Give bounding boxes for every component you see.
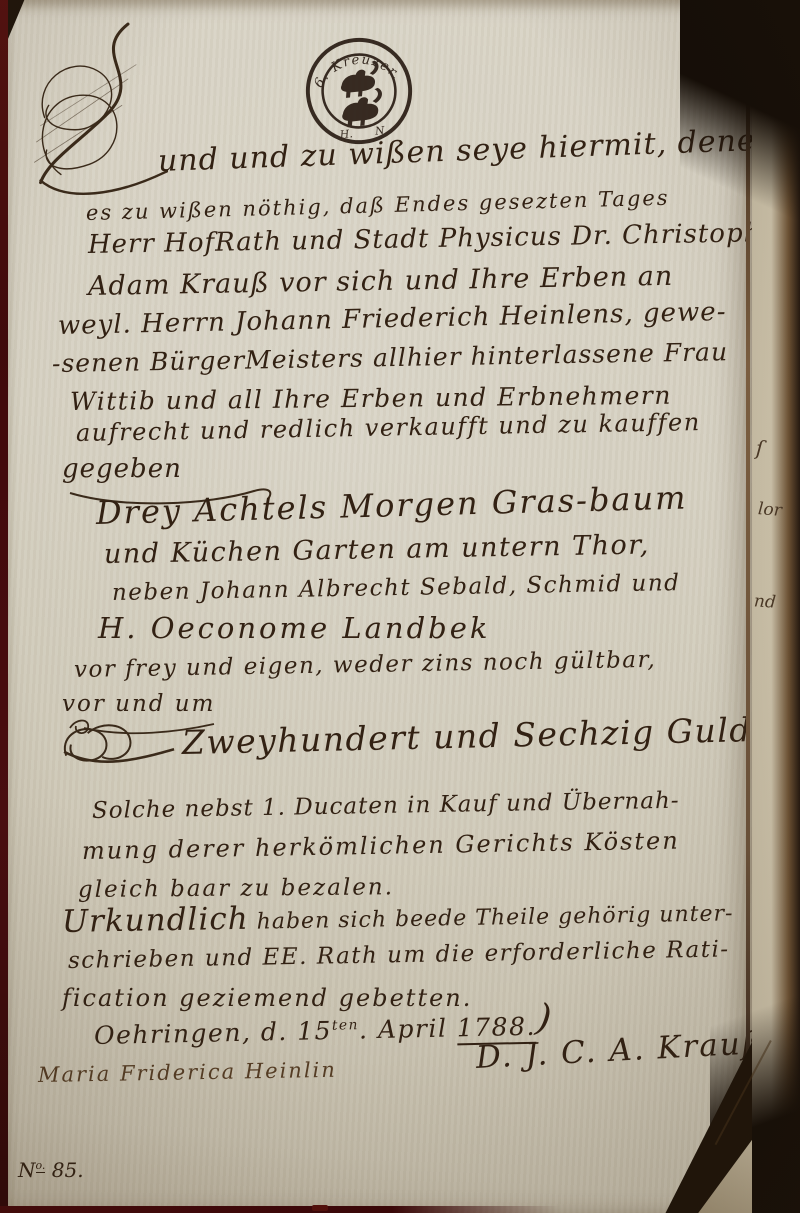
- folio-number: No. 85.: [18, 1160, 84, 1181]
- dateline-place: Oehringen, d. 15: [94, 1016, 333, 1050]
- property-line: neben Johann Albrecht Sebald, Schmid und: [112, 571, 681, 605]
- folio-prefix: N: [18, 1158, 36, 1182]
- price-text: Zweyhundert und Sechzig Gulden: [181, 709, 796, 762]
- closing-line-text: haben sich beede Theile gehörig unter-: [256, 901, 733, 934]
- ornamental-initial-flourish: [30, 20, 168, 208]
- body-line: Herr HofRath und Stadt Physicus Dr. Chri…: [88, 220, 762, 259]
- property-line: und Küchen Garten am untern Thor,: [104, 531, 650, 569]
- adjacent-page-text-fragment: lor: [757, 499, 782, 521]
- left-binding-strip: [0, 0, 8, 1213]
- body-line-text: gegeben: [62, 454, 182, 484]
- payment-line: gleich baar zu bezalen.: [78, 875, 394, 902]
- tenure-line-text: vor und um: [62, 691, 215, 717]
- bottom-binding-line: [0, 1206, 560, 1213]
- folio-rest: 85.: [45, 1158, 83, 1182]
- manuscript-page: 6. Kreuzer. H. N. und u: [8, 0, 752, 1213]
- folio-sup: o.: [36, 1159, 46, 1173]
- tenure-line: vor frey und eigen, weder zins noch gült…: [74, 648, 657, 682]
- adjacent-page-text-fragment: nd: [753, 591, 776, 612]
- dateline-ordinal: ten: [332, 1017, 359, 1034]
- payment-line: mung derer herkömlichen Gerichts Kösten: [82, 829, 680, 865]
- body-line: -senen BürgerMeisters allhier hinterlass…: [52, 339, 729, 377]
- body-line: aufrecht und redlich verkaufft und zu ka…: [76, 410, 701, 446]
- body-line: es zu wißen nöthig, daß Endes gesezten T…: [86, 187, 670, 224]
- payment-line: Solche nebst 1. Ducaten in Kauf und Über…: [92, 789, 680, 823]
- body-line: weyl. Herrn Johann Friederich Heinlens, …: [58, 299, 727, 340]
- price-flourish: [57, 719, 176, 774]
- dateline-month: . April: [359, 1013, 457, 1044]
- dateline-flourish: ): [534, 998, 555, 1039]
- closing-line: schrieben und EE. Rath um die erforderli…: [68, 937, 730, 973]
- signature-seller: Maria Friderica Heinlin: [38, 1059, 337, 1086]
- bottom-red-mark: [312, 1205, 328, 1211]
- property-line: H. Oeconome Landbek: [98, 613, 490, 643]
- closing-lead-word: Urkundlich: [62, 901, 249, 940]
- body-line: Adam Krauß vor sich und Ihre Erben an: [88, 263, 674, 302]
- manuscript-photo: 6. Kreuzer. H. N. und u: [0, 0, 800, 1213]
- top-right-shadow: [680, 0, 800, 230]
